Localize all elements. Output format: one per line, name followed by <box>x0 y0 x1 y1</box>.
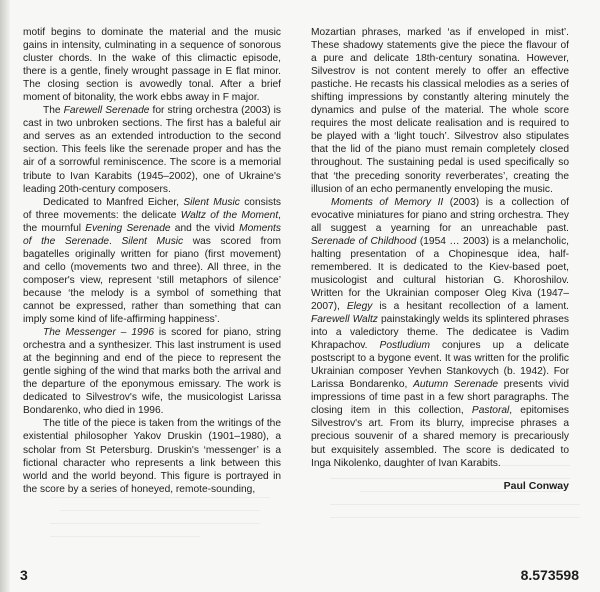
page-gutter-shadow <box>0 0 10 592</box>
text: for string orchestra (2003) is cast in t… <box>23 105 281 194</box>
text: and the vivid <box>171 223 240 234</box>
work-title: The Messenger – 1996 <box>43 327 154 338</box>
paragraph-silent-music: Dedicated to Manfred Eicher, Silent Musi… <box>23 196 281 326</box>
paragraph-messenger: The Messenger – 1996 is scored for piano… <box>23 326 281 417</box>
work-title: Postludium <box>380 340 430 351</box>
left-text-column: motif begins to dominate the material an… <box>23 26 281 496</box>
work-title: Evening Serenade <box>85 223 170 234</box>
work-title: Pastoral <box>472 405 509 416</box>
text: . <box>109 236 121 247</box>
text: was scored from bagatelles originally wr… <box>23 236 281 325</box>
text: is scored for piano, string orchestra an… <box>23 327 281 416</box>
page-number: 3 <box>20 567 28 583</box>
text: is a hesitant recollection of a lament. <box>372 301 569 312</box>
work-title: Elegy <box>347 301 372 312</box>
paragraph-farewell-serenade: The Farewell Serenade for string orchest… <box>23 104 281 195</box>
work-title: Waltz of the Moment <box>181 210 278 221</box>
paragraph: Mozartian phrases, marked ‘as if envelop… <box>311 26 569 196</box>
paragraph-moments-of-memory: Moments of Memory II (2003) is a collect… <box>311 196 569 470</box>
work-title: Silent Music <box>183 197 239 208</box>
work-title: Moments of Memory II <box>331 197 443 208</box>
work-title: Autumn Serenade <box>413 379 498 390</box>
text: Dedicated to Manfred Eicher, <box>43 197 183 208</box>
work-title: Farewell Serenade <box>64 105 150 116</box>
paragraph: motif begins to dominate the material an… <box>23 26 281 104</box>
work-title: Silent Music <box>121 236 183 247</box>
author-signature: Paul Conway <box>311 480 569 493</box>
right-text-column: Mozartian phrases, marked ‘as if envelop… <box>311 26 569 493</box>
work-title: Farewell Waltz <box>311 314 378 325</box>
paragraph: The title of the piece is taken from the… <box>23 417 281 495</box>
text: The <box>43 105 64 116</box>
work-title: Serenade of Childhood <box>311 236 416 247</box>
catalog-number: 8.573598 <box>521 567 579 583</box>
